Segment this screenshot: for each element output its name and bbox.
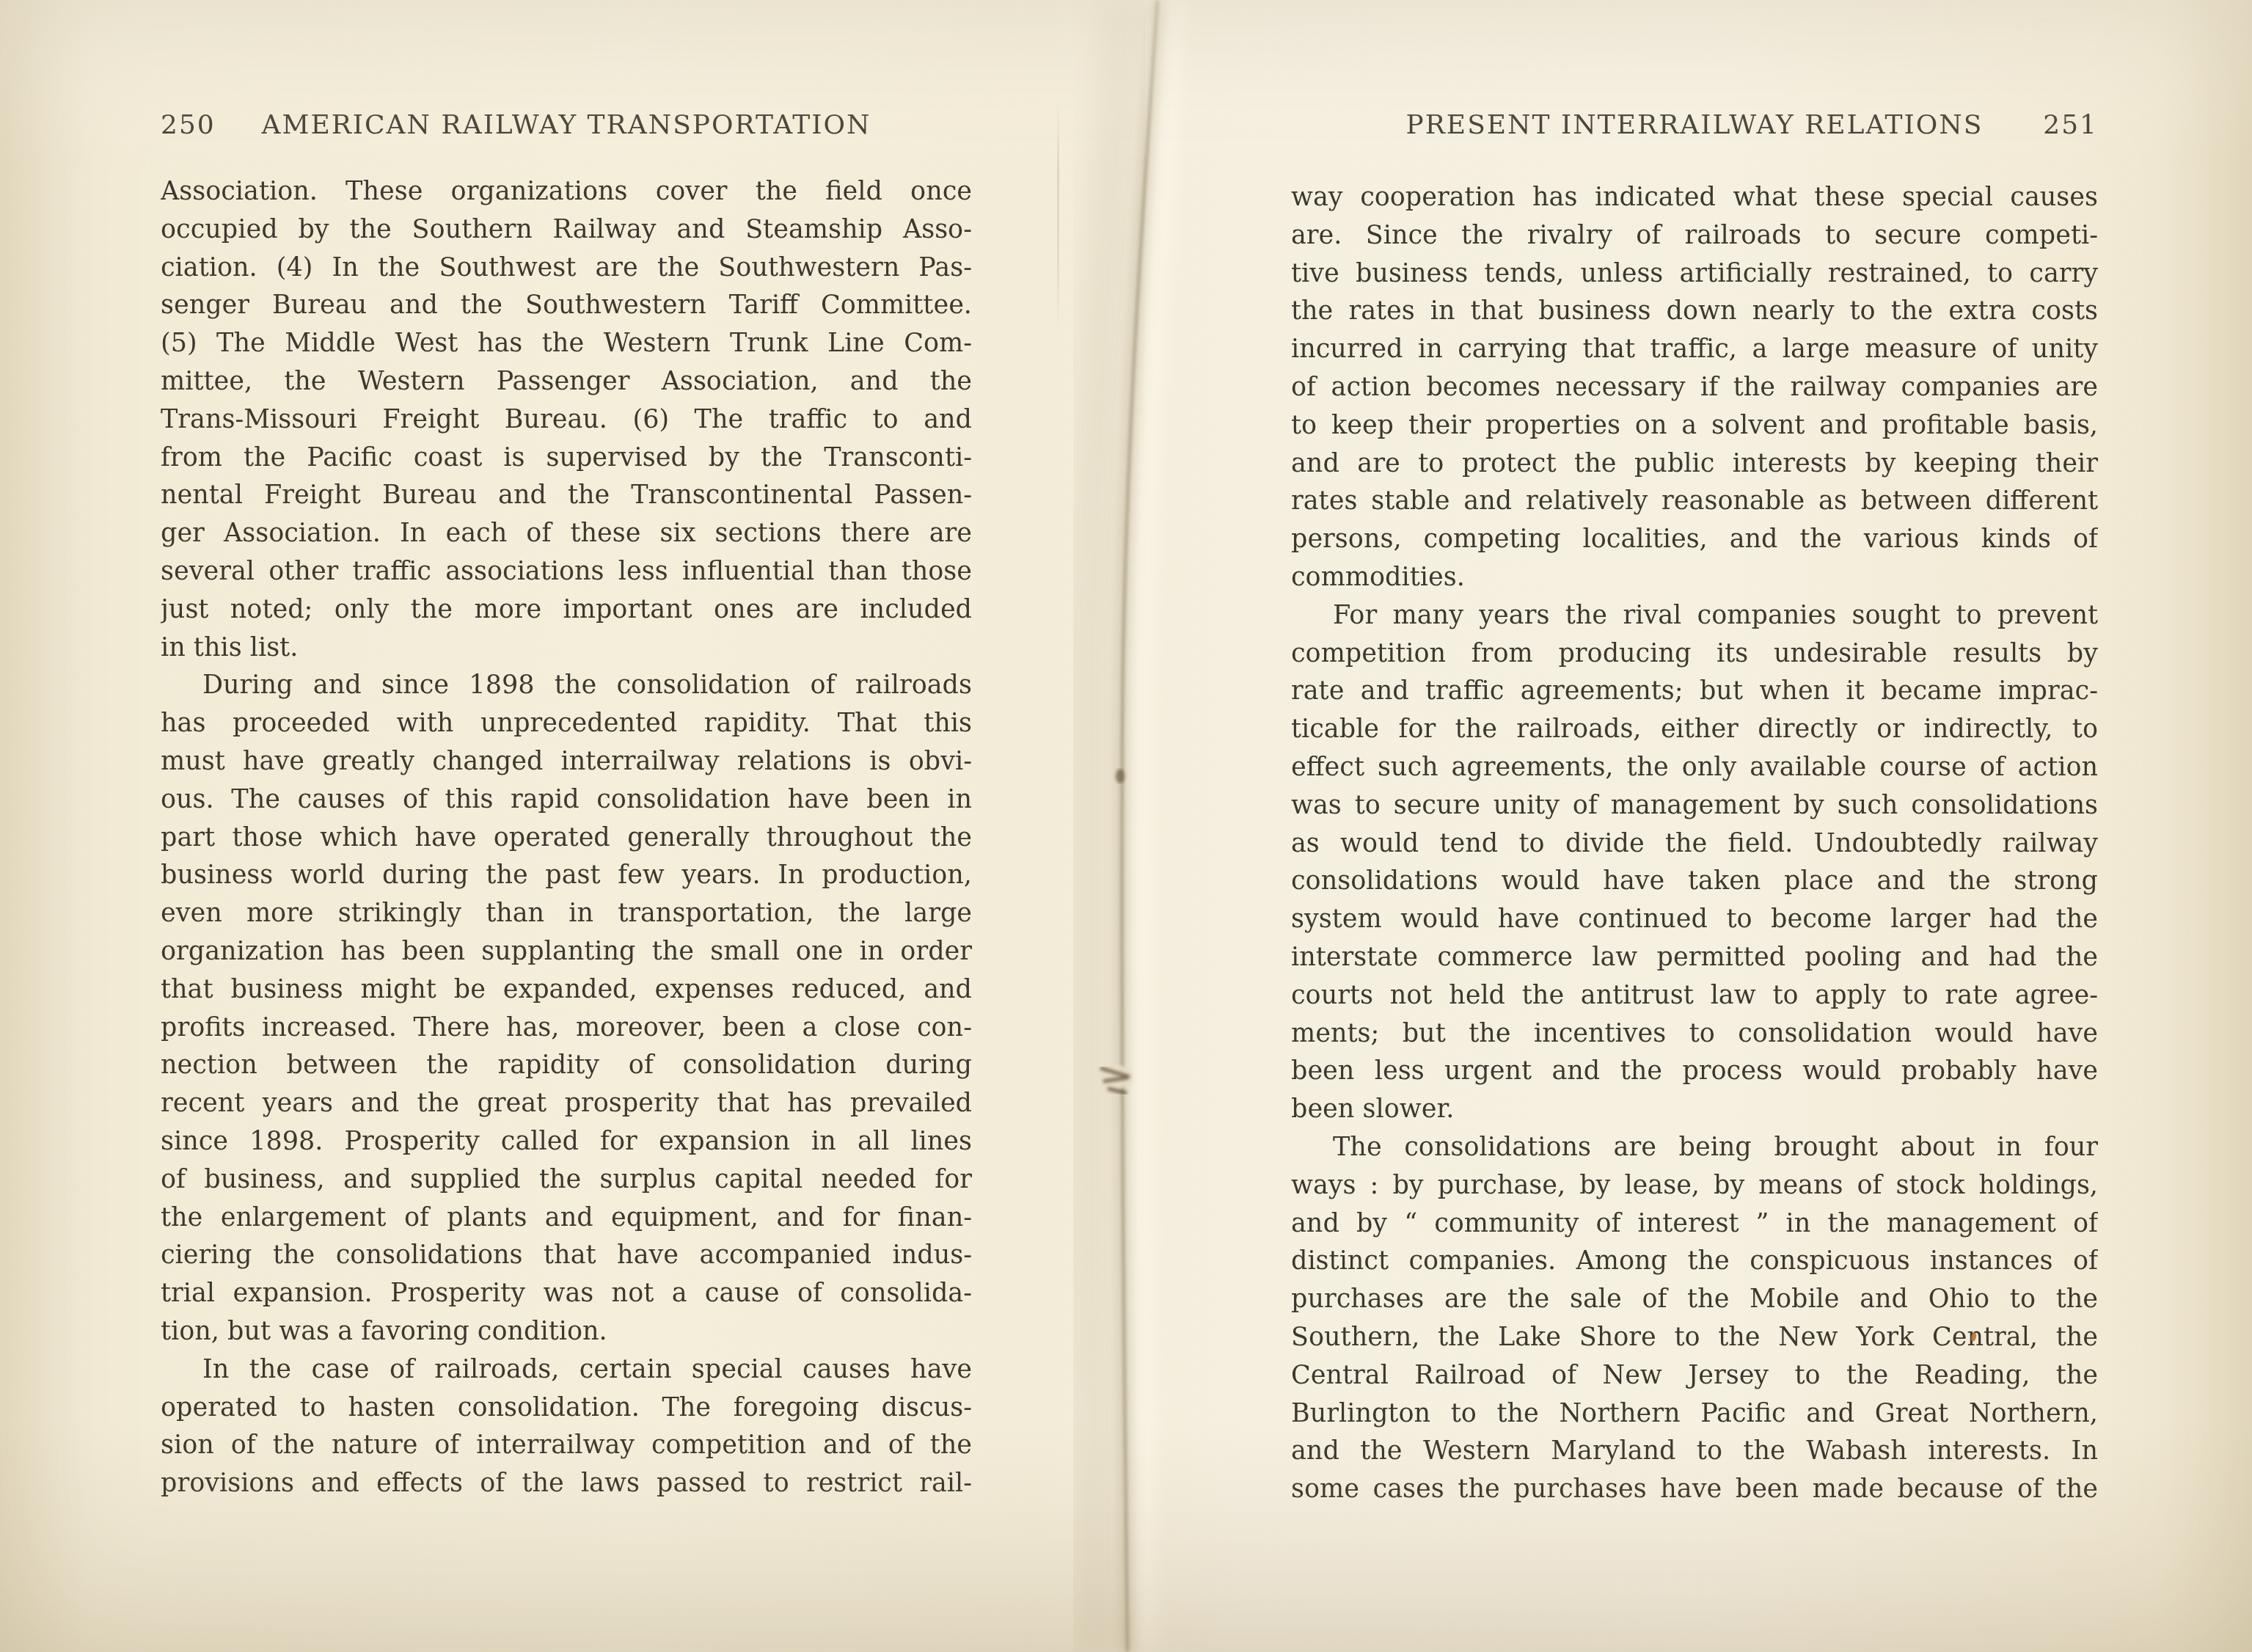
text-line: as would tend to divide the field. Undou… — [1291, 825, 2098, 863]
text-line: nection between the rapidity of consolid… — [161, 1047, 972, 1085]
text-line: ticable for the railroads, either direct… — [1291, 711, 2098, 749]
text-line: some cases the purchases have been made … — [1291, 1471, 2098, 1509]
text-line: tion, but was a favoring condition. — [161, 1313, 972, 1351]
text-line: and by “ community of interest ” in the … — [1291, 1205, 2098, 1243]
right-running-head: PRESENT INTERRAILWAY RELATIONS 251 — [1291, 109, 2098, 142]
text-line: rates stable and relatively reasonable a… — [1291, 483, 2098, 521]
text-line: has proceeded with unprecedented rapidit… — [161, 705, 972, 743]
text-line: the rates in that business down nearly t… — [1291, 293, 2098, 331]
text-line: way cooperation has indicated what these… — [1291, 179, 2098, 217]
text-line: ciering the consolidations that have acc… — [161, 1237, 972, 1275]
text-line: and the Western Maryland to the Wabash i… — [1291, 1433, 2098, 1471]
text-line: been slower. — [1291, 1091, 2098, 1129]
text-line: since 1898. Prosperity called for expans… — [161, 1123, 972, 1161]
text-line: Association. These organizations cover t… — [161, 173, 972, 211]
text-line: to keep their properties on a solvent an… — [1291, 407, 2098, 445]
text-line: provisions and effects of the laws passe… — [161, 1465, 972, 1503]
text-line: organization has been supplanting the sm… — [161, 933, 972, 971]
text-line: recent years and the great prosperity th… — [161, 1085, 972, 1123]
text-line: mittee, the Western Passenger Associatio… — [161, 363, 972, 401]
text-line: that business might be expanded, expense… — [161, 971, 972, 1009]
text-line: ciation. (4) In the Southwest are the So… — [161, 249, 972, 288]
text-line: of business, and supplied the surplus ca… — [161, 1161, 972, 1199]
text-line: operated to hasten consolidation. The fo… — [161, 1389, 972, 1428]
text-line: purchases are the sale of the Mobile and… — [1291, 1281, 2098, 1319]
text-line: commodities. — [1291, 559, 2098, 597]
text-line: In the case of railroads, certain specia… — [161, 1351, 972, 1389]
text-line: persons, competing localities, and the v… — [1291, 521, 2098, 559]
text-line: tive business tends, unless artificially… — [1291, 255, 2098, 293]
text-line: incurred in carrying that traffic, a lar… — [1291, 331, 2098, 369]
text-line: effect such agreements, the only availab… — [1291, 749, 2098, 787]
text-line: ous. The causes of this rapid consolidat… — [161, 781, 972, 819]
text-line: ments; but the incentives to consolidati… — [1291, 1015, 2098, 1053]
left-page: 250 AMERICAN RAILWAY TRANSPORTATION Asso… — [0, 0, 1126, 1652]
left-running-head: 250 AMERICAN RAILWAY TRANSPORTATION — [161, 109, 972, 142]
text-line: several other traffic associations less … — [161, 553, 972, 591]
text-line: of action becomes necessary if the railw… — [1291, 369, 2098, 407]
right-page-number: 251 — [2043, 109, 2098, 142]
text-line: During and since 1898 the consolidation … — [161, 667, 972, 705]
text-line: The consolidations are being brought abo… — [1291, 1129, 2098, 1167]
right-text-block: way cooperation has indicated what these… — [1291, 179, 2098, 1509]
text-line: are. Since the rivalry of railroads to s… — [1291, 217, 2098, 255]
text-line: the enlargement of plants and equipment,… — [161, 1199, 972, 1238]
right-running-title: PRESENT INTERRAILWAY RELATIONS — [1406, 109, 1984, 142]
text-line: senger Bureau and the Southwestern Tarif… — [161, 287, 972, 325]
text-line: profits increased. There has, moreover, … — [161, 1009, 972, 1048]
text-line: Trans-Missouri Freight Bureau. (6) The t… — [161, 401, 972, 439]
text-line: system would have continued to become la… — [1291, 901, 2098, 939]
text-line: consolidations would have taken place an… — [1291, 863, 2098, 901]
text-line: ger Association. In each of these six se… — [161, 515, 972, 553]
text-line: nental Freight Bureau and the Transconti… — [161, 477, 972, 515]
text-line: in this list. — [161, 629, 972, 668]
text-line: sion of the nature of interrailway compe… — [161, 1427, 972, 1465]
text-line: rate and traffic agreements; but when it… — [1291, 673, 2098, 711]
text-line: been less urgent and the process would p… — [1291, 1053, 2098, 1091]
text-line: For many years the rival companies sough… — [1291, 597, 2098, 635]
text-line: trial expansion. Prosperity was not a ca… — [161, 1275, 972, 1313]
book-spread: 250 AMERICAN RAILWAY TRANSPORTATION Asso… — [0, 0, 2252, 1652]
text-line: business world during the past few years… — [161, 857, 972, 895]
text-line: distinct companies. Among the conspicuou… — [1291, 1243, 2098, 1281]
text-line: Southern, the Lake Shore to the New York… — [1291, 1319, 2098, 1357]
text-line: competition from producing its undesirab… — [1291, 635, 2098, 673]
right-page: PRESENT INTERRAILWAY RELATIONS 251 way c… — [1126, 0, 2252, 1652]
text-line: from the Pacific coast is supervised by … — [161, 439, 972, 478]
text-line: part those which have operated generally… — [161, 819, 972, 858]
text-line: ways : by purchase, by lease, by means o… — [1291, 1167, 2098, 1205]
text-line: Central Railroad of New Jersey to the Re… — [1291, 1357, 2098, 1395]
left-running-title: AMERICAN RAILWAY TRANSPORTATION — [262, 109, 871, 142]
text-line: courts not held the antitrust law to app… — [1291, 977, 2098, 1015]
text-line: occupied by the Southern Railway and Ste… — [161, 211, 972, 249]
text-line: interstate commerce law permitted poolin… — [1291, 939, 2098, 977]
text-line: must have greatly changed interrailway r… — [161, 743, 972, 781]
text-line: even more strikingly than in transportat… — [161, 895, 972, 933]
text-line: was to secure unity of management by suc… — [1291, 787, 2098, 825]
text-line: just noted; only the more important ones… — [161, 591, 972, 629]
left-page-number: 250 — [161, 109, 216, 142]
left-text-block: Association. These organizations cover t… — [161, 173, 972, 1503]
text-line: (5) The Middle West has the Western Trun… — [161, 325, 972, 363]
text-line: Burlington to the Northern Pacific and G… — [1291, 1395, 2098, 1433]
text-line: and are to protect the public interests … — [1291, 445, 2098, 483]
